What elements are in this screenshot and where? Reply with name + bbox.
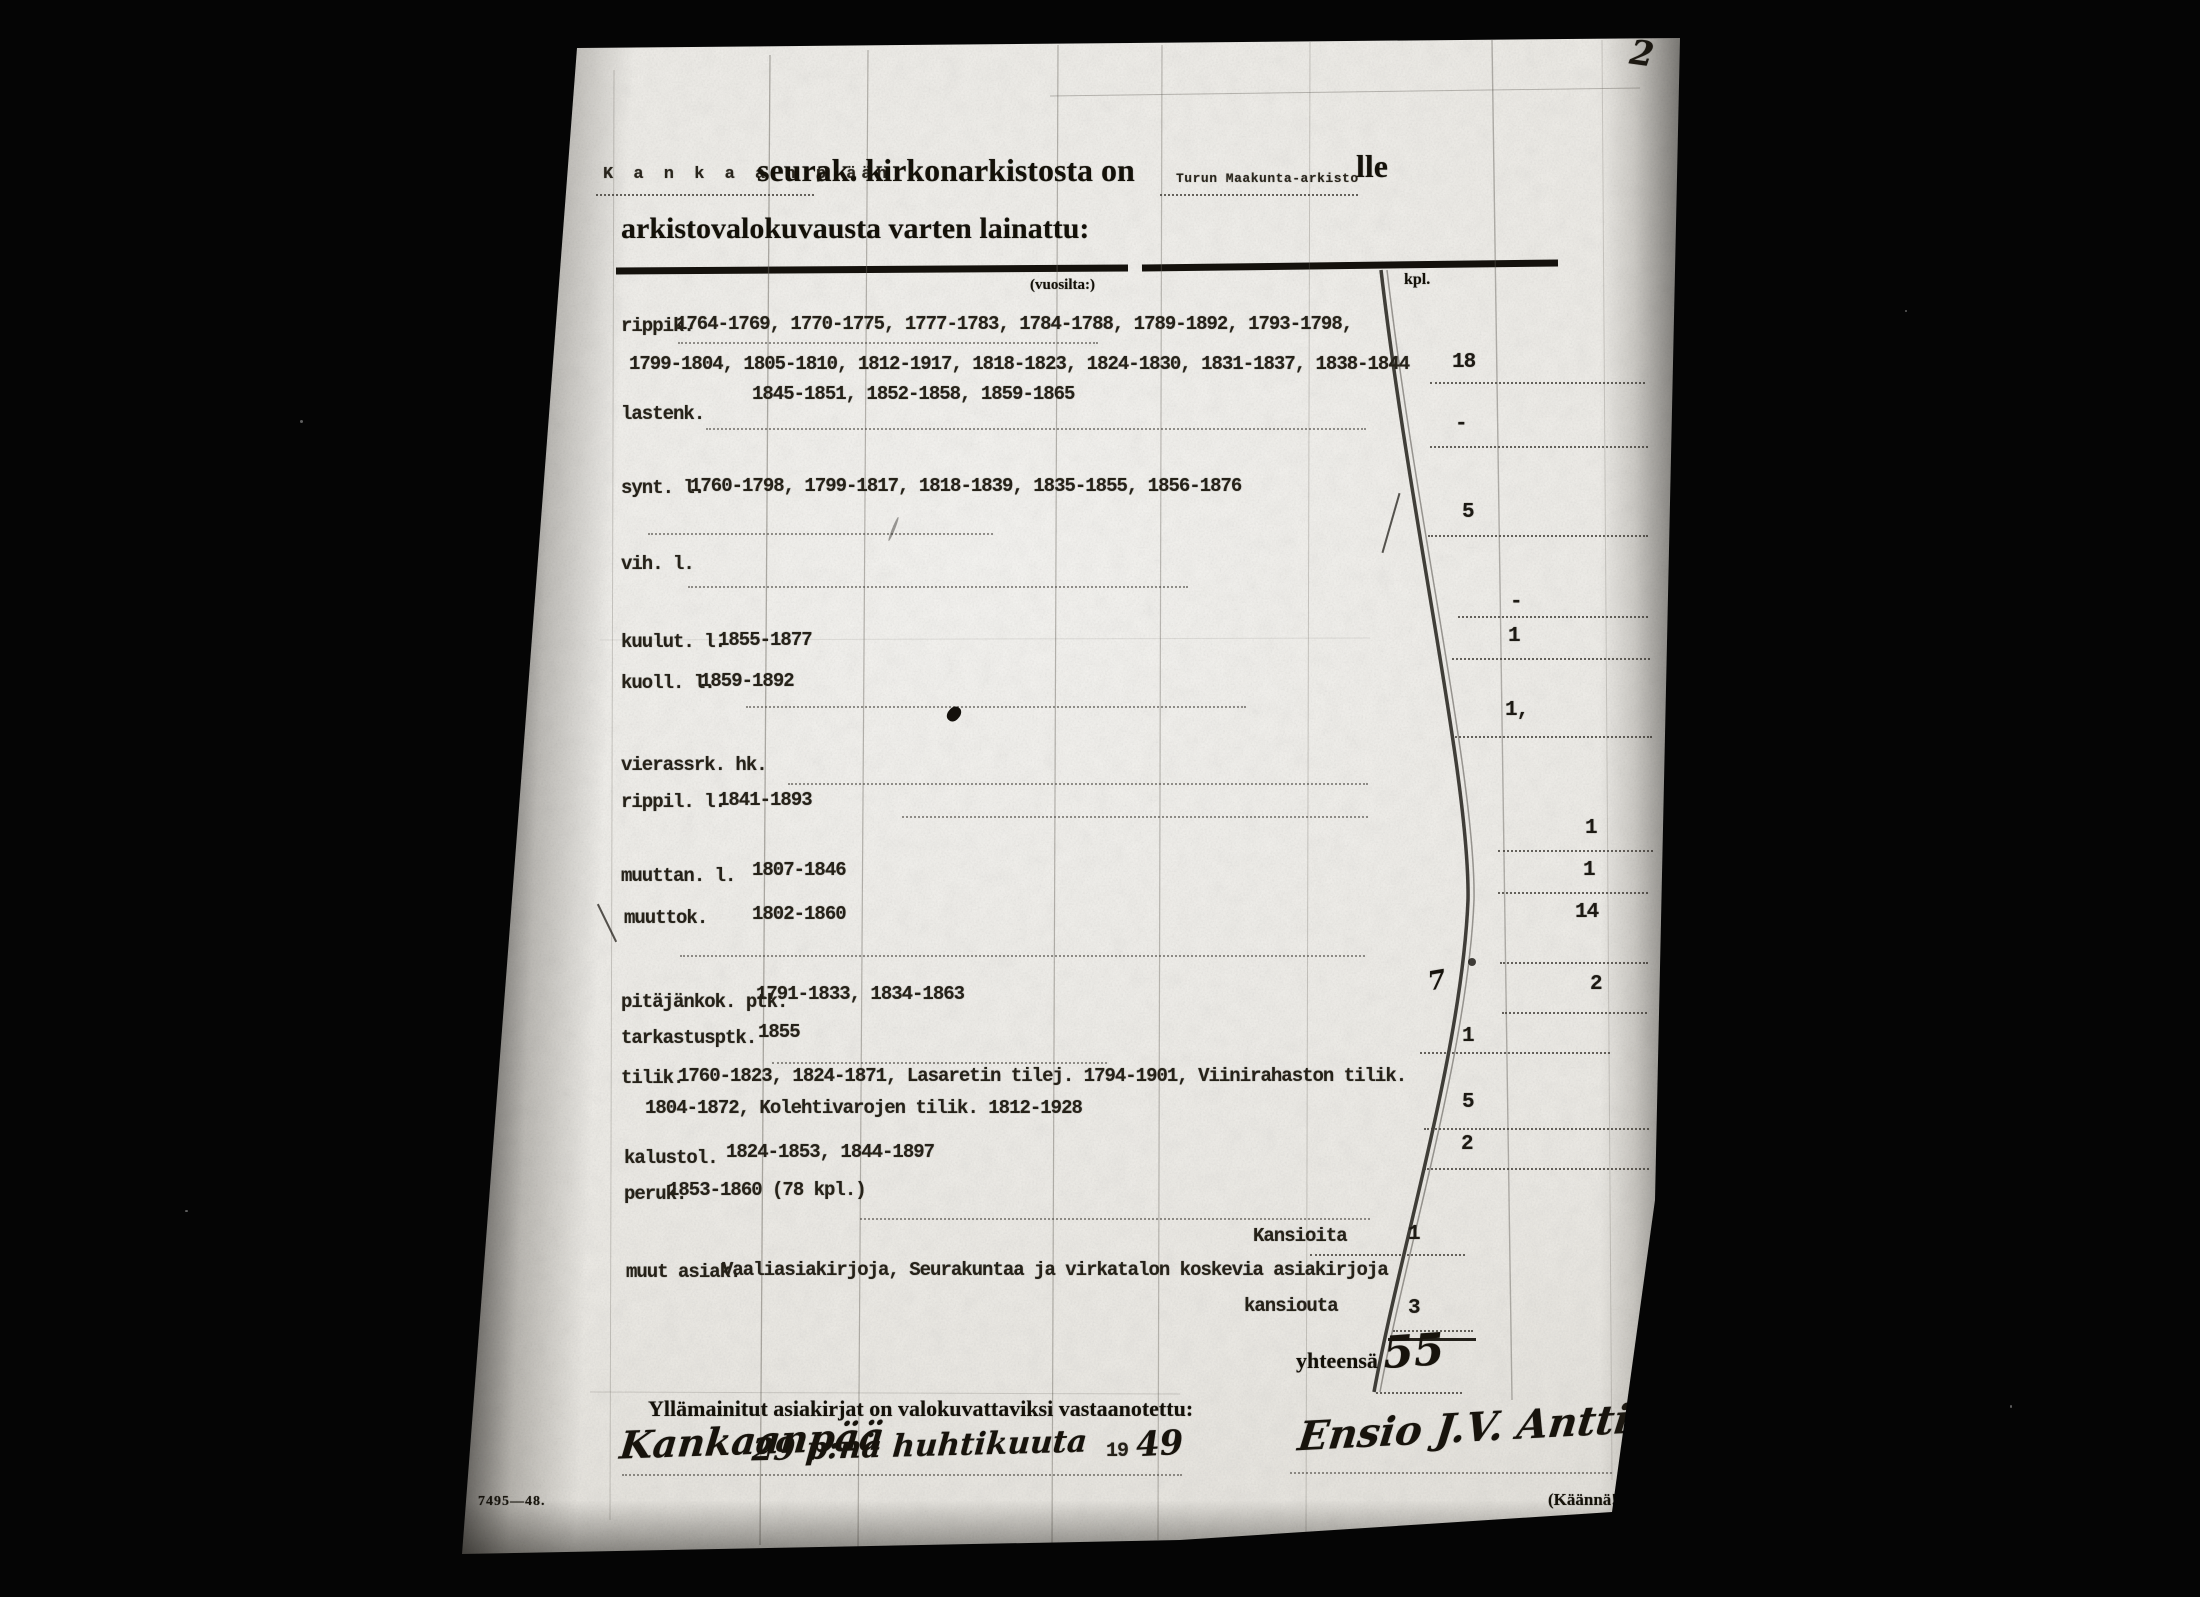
row-count: 2: [1461, 1134, 1473, 1155]
row-count: 1: [1462, 1026, 1474, 1047]
scan-bottom-edge-shadow: [460, 1500, 1680, 1560]
dotted-leader: [678, 342, 1098, 344]
header-rule: [616, 263, 1558, 271]
scanned-document-page: 2 K a n k a a n p ään seurak. kirkonarki…: [0, 0, 2200, 1597]
row-label: muuttok.: [624, 908, 707, 930]
dotted-leader: [680, 955, 1365, 957]
year-printed: 19: [1106, 1440, 1128, 1463]
row-count: 18: [1452, 352, 1475, 373]
dust-speck: [1905, 310, 1907, 312]
dotted-leader: [860, 1218, 1370, 1220]
count-column-label: kpl.: [1404, 271, 1430, 289]
count-column-separator-double: [1380, 270, 1474, 1392]
row-years: 1791-1833, 1834-1863: [756, 984, 964, 1006]
ink-blot: [1468, 958, 1476, 966]
archive-name-typed: Turun Maakunta-arkisto: [1176, 172, 1359, 185]
dotted-leader: [1420, 1052, 1610, 1054]
row-label: tilik.: [621, 1068, 683, 1090]
crease-line: [590, 1392, 1180, 1394]
header-printed-line2: arkistovalokuvausta varten lainattu:: [621, 212, 1089, 246]
row-count: 1: [1583, 860, 1595, 881]
row-years: 1859-1892: [700, 671, 794, 693]
dotted-leader: [772, 1062, 1107, 1064]
row-label: vierassrk. hk.: [621, 755, 767, 777]
row-label: vih. l.: [621, 554, 694, 576]
dotted-leader: [1310, 1254, 1465, 1256]
header-printed-prefix: seurak. kirkonarkistosta on: [757, 152, 1135, 189]
row-label: lastenk.: [621, 404, 704, 426]
dust-speck: [300, 420, 303, 423]
dotted-leader: [648, 533, 993, 535]
dotted-leader: [1160, 194, 1358, 196]
row-years: 1760-1823, 1824-1871, Lasaretin tilej. 1…: [678, 1066, 1406, 1088]
dotted-leader: [1376, 1392, 1462, 1394]
row-years: kansiouta: [1244, 1296, 1338, 1318]
row-years: 1853-1860 (78 kpl.): [668, 1180, 866, 1202]
scan-canvas: 2 K a n k a a n p ään seurak. kirkonarki…: [0, 0, 2200, 1597]
row-count: 14: [1575, 902, 1598, 923]
row-count: -: [1455, 414, 1467, 435]
table-rules: [0, 0, 2200, 1597]
row-count: 5: [1462, 502, 1474, 523]
row-years: 1855-1877: [718, 630, 812, 652]
row-years: 1760-1798, 1799-1817, 1818-1839, 1835-18…: [690, 476, 1241, 498]
dotted-leader: [788, 783, 1368, 785]
row-count: 1: [1508, 626, 1520, 647]
row-years: 1855: [758, 1022, 800, 1044]
row-label: muuttan. l.: [621, 866, 735, 888]
row-years: Vaaliasiakirjoja, Seurakuntaa ja virkata…: [722, 1260, 1388, 1282]
row-count: -: [1510, 592, 1522, 613]
row-years: 1764-1769, 1770-1775, 1777-1783, 1784-17…: [676, 314, 1352, 336]
dotted-leader: [706, 428, 1366, 430]
scan-right-edge-shadow: [1600, 30, 1685, 1560]
row-label: kalustol.: [624, 1148, 718, 1170]
count-column-separator: [1374, 270, 1468, 1392]
header-printed-suffix: lle: [1356, 148, 1388, 185]
dotted-leader: [622, 1474, 1182, 1476]
row-count: 1: [1408, 1224, 1420, 1245]
row-years: 1802-1860: [752, 904, 846, 926]
row-years: 1824-1853, 1844-1897: [726, 1142, 934, 1164]
row-count: 3: [1408, 1298, 1420, 1319]
row-years: 1807-1846: [752, 860, 846, 882]
fold-line: [858, 50, 868, 1548]
total-label: yhteensä: [1296, 1348, 1378, 1374]
row-years: 1841-1893: [718, 790, 812, 812]
dotted-leader: [902, 816, 1368, 818]
row-count: 1,: [1505, 700, 1528, 721]
row-label: tarkastusptk.: [621, 1028, 756, 1050]
row-years: 1804-1872, Kolehtivarojen tilik. 1812-19…: [645, 1098, 1082, 1120]
row-label: kuulut. l.: [621, 632, 725, 654]
crease-line: [1050, 88, 1640, 96]
row-label: rippil. l.: [621, 792, 725, 814]
dust-speck: [2010, 1405, 2012, 1408]
year-handwritten: 49: [1135, 1423, 1184, 1465]
row-years: 1845-1851, 1852-1858, 1859-1865: [752, 384, 1074, 406]
row-years: Kansioita: [1253, 1226, 1347, 1248]
total-count-handwritten: 55: [1381, 1324, 1446, 1379]
dotted-leader: [688, 586, 1188, 588]
row-count: 1: [1585, 818, 1597, 839]
years-column-label: (vuosilta:): [1030, 277, 1095, 294]
dust-speck: [185, 1210, 188, 1212]
dotted-leader: [1290, 1472, 1612, 1474]
row-count: 5: [1462, 1092, 1474, 1113]
row-years: 1799-1804, 1805-1810, 1812-1917, 1818-18…: [629, 354, 1409, 376]
dotted-leader: [746, 706, 1246, 708]
dotted-leader: [596, 194, 814, 196]
